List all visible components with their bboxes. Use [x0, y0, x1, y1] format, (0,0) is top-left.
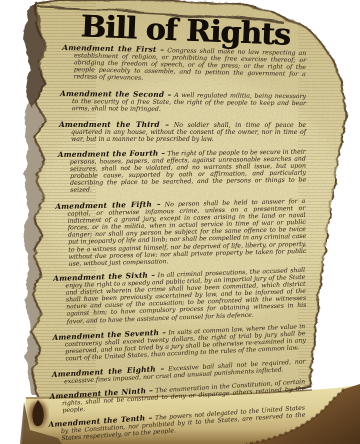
amendment-text: In suits at common law, where the value …	[65, 323, 306, 363]
amendment-paragraph-1: Amendment the First – Congress shall mak…	[62, 44, 307, 86]
amendment-heading: Amendment the Third –	[59, 120, 169, 129]
amendment-paragraph-5: Amendment the Fifth – No person shall be…	[55, 196, 307, 267]
amendment-text: Congress shall make no law respecting an…	[74, 47, 307, 82]
amendment-paragraph-7: Amendment the Seventh – In suits at comm…	[52, 322, 306, 363]
amendments-text-block: Amendment the First – Congress shall mak…	[54, 44, 306, 444]
screenshot-root: Bill of Rights Amendment the First – Con…	[0, 0, 360, 444]
amendment-paragraph-6: Amendment the Sixth – In all criminal pr…	[53, 266, 307, 326]
amendment-paragraph-3: Amendment the Third – No soldier shall, …	[59, 121, 306, 143]
amendment-paragraph-2: Amendment the Second – A well regulated …	[60, 90, 306, 114]
amendment-paragraph-4: Amendment the Fourth – The right of the …	[58, 148, 307, 195]
